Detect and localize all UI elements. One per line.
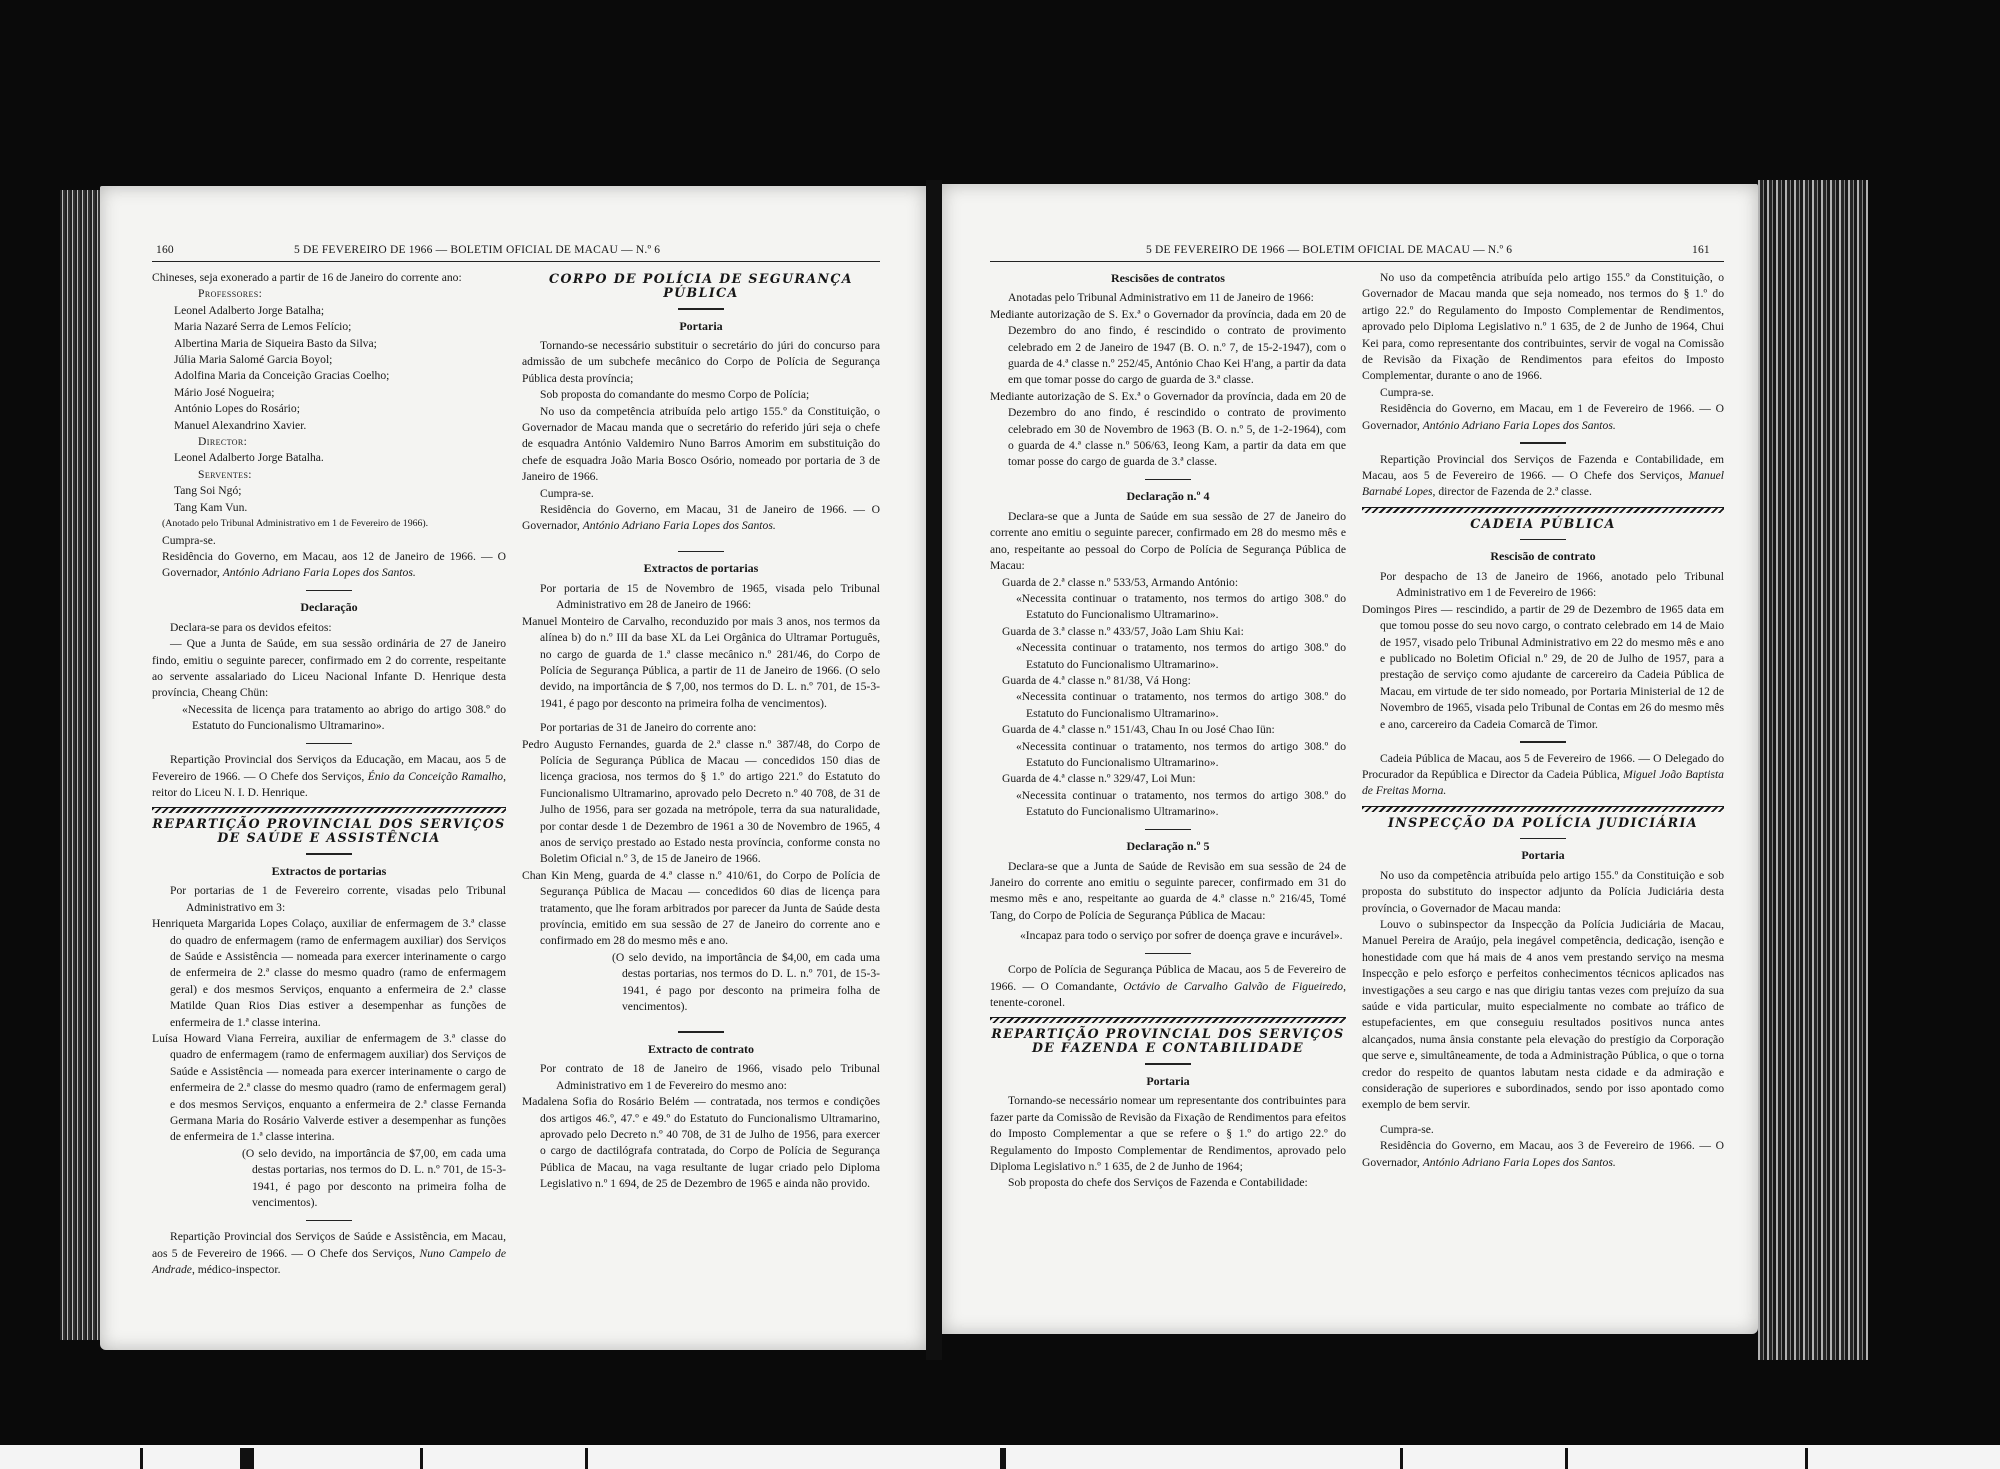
strip-mark: [1805, 1448, 1808, 1469]
director-name: Leonel Adalberto Jorge Batalha.: [152, 450, 506, 466]
spacer: [1362, 1114, 1724, 1122]
guard-quote: «Necessita continuar o tratamento, nos t…: [990, 689, 1346, 722]
educacao-chief-name: Énio da Conceição Ramalho: [368, 770, 503, 783]
declaracao-5-body: Declara-se que a Junta de Saúde de Revis…: [990, 859, 1346, 925]
declaracao-5-title: Declaração n.º 5: [990, 838, 1346, 854]
cumpra-se: Cumpra-se.: [1362, 1122, 1724, 1138]
strip-mark: [1400, 1448, 1403, 1469]
column-2: Corpo de Polícia de Segurança Pública Po…: [522, 270, 880, 1193]
guard-entry: Guarda de 3.ª classe n.º 433/57, João La…: [990, 624, 1346, 640]
declaracao-intro: Declara-se para os devidos efeitos:: [152, 620, 506, 636]
strip-mark: [420, 1448, 423, 1469]
portaria-paragraph: Louvo o subinspector da Inspecção da Pol…: [1362, 917, 1724, 1114]
policia-signature: Corpo de Polícia de Segurança Pública de…: [990, 962, 1346, 1011]
ornamental-divider: [1362, 806, 1724, 812]
section-rule: [678, 1031, 724, 1033]
ornamental-divider: [990, 1017, 1346, 1023]
educacao-signature: Repartição Provincial dos Serviços da Ed…: [152, 752, 506, 801]
spacer: [522, 1015, 880, 1023]
list-item: Manuel Alexandrino Xavier.: [152, 418, 506, 434]
declaracao-title: Declaração: [152, 599, 506, 615]
portaria-title: Portaria: [1362, 847, 1724, 863]
extractos-intro: Por portaria de 15 de Novembro de 1965, …: [522, 581, 880, 614]
selo-text: (O selo devido, na importância de $7,00,…: [242, 1146, 506, 1212]
running-title-left: 5 DE FEVEREIRO DE 1966 — BOLETIM OFICIAL…: [294, 244, 660, 256]
declaracao-quote: «Necessita de licença para tratamento ao…: [152, 702, 506, 735]
ornamental-divider: [1362, 507, 1724, 513]
list-item: Tang Soi Ngó;: [152, 483, 506, 499]
governador-name: António Adriano Faria Lopes dos Santos.: [1423, 419, 1616, 432]
extractos-title: Extractos de portarias: [522, 560, 880, 576]
department-heading-saude: Repartição Provincial dos Serviços de Sa…: [152, 817, 506, 845]
column-1: Chineses, seja exonerado a partir de 16 …: [152, 270, 506, 1278]
extractos-intro: Por portarias de 1 de Fevereiro corrente…: [152, 883, 506, 916]
guard-entry: Guarda de 2.ª classe n.º 533/53, Armando…: [990, 575, 1346, 591]
list-item: Tang Kam Vun.: [152, 500, 506, 516]
section-rule: [678, 308, 724, 310]
professores-label: Professores:: [152, 286, 506, 302]
declaracao-4-title: Declaração n.º 4: [990, 488, 1346, 504]
list-item: Mário José Nogueira;: [152, 385, 506, 401]
rescisao-item: Mediante autorização de S. Ex.ª o Govern…: [990, 389, 1346, 471]
guard-quote: «Necessita continuar o tratamento, nos t…: [990, 640, 1346, 673]
list-item: Albertina Maria de Siqueira Basto da Sil…: [152, 336, 506, 352]
portaria-title: Portaria: [522, 318, 880, 334]
governador-name: António Adriano Faria Lopes dos Santos.: [223, 566, 416, 579]
spacer: [522, 535, 880, 543]
department-heading-cadeia: Cadeia Pública: [1362, 517, 1724, 531]
section-rule: [1145, 479, 1191, 481]
running-title-right: 5 DE FEVEREIRO DE 1966 — BOLETIM OFICIAL…: [1146, 244, 1512, 256]
signature-line: Residência do Governo, em Macau, aos 12 …: [152, 549, 506, 582]
fazenda-sign-text: Repartição Provincial dos Serviços de Fa…: [1362, 453, 1724, 482]
guard-quote: «Necessita continuar o tratamento, nos t…: [990, 591, 1346, 624]
book-gutter: [926, 180, 942, 1360]
extract-item: Pedro Augusto Fernandes, guarda de 2.ª c…: [522, 737, 880, 868]
saude-signature: Repartição Provincial dos Serviços de Sa…: [152, 1229, 506, 1278]
declaracao-body: — Que a Junta de Saúde, em sua sessão or…: [152, 636, 506, 702]
director-label: Director:: [152, 434, 506, 450]
saude-sign-role: , médico-inspector.: [192, 1263, 281, 1276]
section-rule: [1145, 829, 1191, 831]
comandante-name: Octávio de Carvalho Galvão de Figueiredo: [1123, 980, 1343, 993]
extractos-title: Extractos de portarias: [152, 863, 506, 879]
extract-item: Chan Kin Meng, guarda de 4.ª classe n.º …: [522, 868, 880, 950]
portaria-paragraph: Tornando-se necessário substituir o secr…: [522, 338, 880, 387]
guard-quote: «Necessita continuar o tratamento, nos t…: [990, 788, 1346, 821]
portaria-paragraph: No uso da competência atribuída pelo art…: [522, 404, 880, 486]
section-rule: [306, 853, 352, 855]
section-rule: [306, 590, 352, 592]
section-rule: [1145, 953, 1191, 955]
governador-name: António Adriano Faria Lopes dos Santos.: [583, 519, 776, 532]
extract-item: Manuel Monteiro de Carvalho, reconduzido…: [522, 614, 880, 712]
section-rule: [1145, 1063, 1191, 1065]
section-rule: [1520, 539, 1566, 541]
section-rule: [1520, 741, 1566, 743]
extract-item: Luísa Howard Viana Ferreira, auxiliar de…: [152, 1031, 506, 1146]
department-heading-policia: Corpo de Polícia de Segurança Pública: [522, 272, 880, 300]
selo-text: (O selo devido, na importância de $4,00,…: [612, 950, 880, 1016]
guard-entry: Guarda de 4.ª classe n.º 81/38, Vá Hong:: [990, 673, 1346, 689]
list-item: Adolfina Maria da Conceição Gracias Coel…: [152, 368, 506, 384]
strip-mark: [140, 1448, 143, 1469]
list-item: António Lopes do Rosário;: [152, 401, 506, 417]
list-item: Maria Nazaré Serra de Lemos Felício;: [152, 319, 506, 335]
rescisao-intro: Por despacho de 13 de Janeiro de 1966, a…: [1362, 569, 1724, 602]
cadeia-signature: Cadeia Pública de Macau, aos 5 de Fevere…: [1362, 751, 1724, 800]
guard-entry: Guarda de 4.ª classe n.º 329/47, Loi Mun…: [990, 771, 1346, 787]
portaria-paragraph: Tornando-se necessário nomear um represe…: [990, 1093, 1346, 1175]
section-rule: [306, 1220, 352, 1222]
portaria-paragraph: Sob proposta do chefe dos Serviços de Fa…: [990, 1175, 1346, 1191]
fazenda-chief-role: , director de Fazenda de 2.ª classe.: [1433, 485, 1592, 498]
portaria-paragraph: Cumpra-se.: [522, 486, 880, 502]
ornamental-divider: [152, 807, 506, 813]
cumpra-se: Cumpra-se.: [1362, 385, 1724, 401]
column-3: Rescisões de contratos Anotadas pelo Tri…: [990, 270, 1346, 1192]
spacer: [522, 712, 880, 720]
section-rule: [306, 743, 352, 745]
rescisao-item: Mediante autorização de S. Ex.ª o Govern…: [990, 307, 1346, 389]
strip-mark: [240, 1448, 254, 1469]
signature-line: Residência do Governo, em Macau, aos 3 d…: [1362, 1138, 1724, 1171]
strip-mark: [1000, 1448, 1006, 1469]
portaria-title: Portaria: [990, 1073, 1346, 1089]
rescisao-title: Rescisão de contrato: [1362, 548, 1724, 564]
column-4: No uso da competência atribuída pelo art…: [1362, 270, 1724, 1171]
declaracao-5-quote: «Incapaz para todo o serviço por sofrer …: [990, 928, 1346, 944]
selo-note: (O selo devido, na importância de $7,00,…: [152, 1146, 506, 1212]
extractos-intro: Por portarias de 31 de Janeiro do corren…: [522, 720, 880, 736]
book-left-page-edges: [60, 190, 102, 1340]
page-number-160: 160: [156, 244, 174, 256]
rescisoes-title: Rescisões de contratos: [990, 270, 1346, 286]
rescisao-item: Domingos Pires — rescindido, a partir de…: [1362, 602, 1724, 733]
list-item: Leonel Adalberto Jorge Batalha;: [152, 303, 506, 319]
declaracao-4-body: Declara-se que a Junta de Saúde em sua s…: [990, 509, 1346, 575]
department-heading-fazenda: Repartição Provincial dos Serviços de Fa…: [990, 1027, 1346, 1055]
department-heading-pj: Inspecção da Polícia Judiciária: [1362, 816, 1724, 830]
strip-mark: [1565, 1448, 1568, 1469]
selo-note: (O selo devido, na importância de $4,00,…: [522, 950, 880, 1016]
contrato-title: Extracto de contrato: [522, 1041, 880, 1057]
section-rule: [1520, 838, 1566, 840]
signature-line: Residência do Governo, em Macau, 31 de J…: [522, 502, 880, 535]
cumpra-se: Cumpra-se.: [152, 533, 506, 549]
book-right-page-edges: [1758, 180, 1868, 1360]
right-running-header: 5 DE FEVEREIRO DE 1966 — BOLETIM OFICIAL…: [990, 244, 1724, 262]
serventes-label: Serventes:: [152, 467, 506, 483]
portaria-paragraph: Sob proposta do comandante do mesmo Corp…: [522, 387, 880, 403]
signature-line: Residência do Governo, em Macau, em 1 de…: [1362, 401, 1724, 434]
contrato-intro: Por contrato de 18 de Janeiro de 1966, v…: [522, 1061, 880, 1094]
governador-name: António Adriano Faria Lopes dos Santos.: [1423, 1156, 1616, 1169]
rescisoes-intro: Anotadas pelo Tribunal Administrativo em…: [990, 290, 1346, 306]
fazenda-continuation: No uso da competência atribuída pelo art…: [1362, 270, 1724, 385]
portaria-paragraph: No uso da competência atribuída pelo art…: [1362, 868, 1724, 917]
list-item: Júlia Maria Salomé Garcia Boyol;: [152, 352, 506, 368]
extract-item: Henriqueta Margarida Lopes Colaço, auxil…: [152, 916, 506, 1031]
page-number-161: 161: [1692, 244, 1710, 256]
strip-mark: [585, 1448, 588, 1469]
section-rule: [1520, 442, 1566, 444]
guard-entry: Guarda de 4.ª classe n.º 151/43, Chau In…: [990, 722, 1346, 738]
intro-text: Chineses, seja exonerado a partir de 16 …: [152, 270, 506, 286]
fazenda-signature: Repartição Provincial dos Serviços de Fa…: [1362, 452, 1724, 501]
left-running-header: 160 5 DE FEVEREIRO DE 1966 — BOLETIM OFI…: [152, 244, 880, 262]
professores-list: Leonel Adalberto Jorge Batalha; Maria Na…: [152, 303, 506, 434]
section-rule: [678, 551, 724, 553]
anotado-note: (Anotado pelo Tribunal Administrativo em…: [152, 516, 506, 532]
contrato-item: Madalena Sofia do Rosário Belém — contra…: [522, 1094, 880, 1192]
guard-quote: «Necessita continuar o tratamento, nos t…: [990, 739, 1346, 772]
